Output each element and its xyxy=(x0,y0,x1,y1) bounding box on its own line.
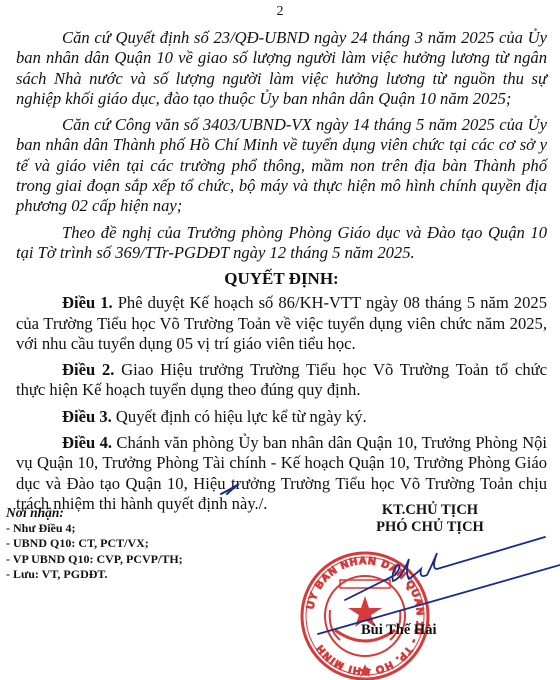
svg-text:UY BAN NHAN DAN QUAN 10 - TP.: UY BAN NHAN DAN QUAN 10 - TP. HO CHI MIN… xyxy=(304,555,426,677)
signature-title-line2: PHÓ CHỦ TỊCH xyxy=(330,519,530,536)
article-1: Điều 1. Phê duyệt Kế hoạch số 86/KH-VTT … xyxy=(16,293,547,354)
preamble-paragraph-2: Căn cứ Công văn số 3403/UBND-VX ngày 14 … xyxy=(16,115,547,216)
recipient-item: - Lưu: VT, PGDĐT. xyxy=(6,567,183,583)
signer-name: Bùi Thế Hải xyxy=(361,622,436,639)
page-number: 2 xyxy=(0,4,560,20)
preamble-paragraph-3: Theo đề nghị của Trưởng phòng Phòng Giáo… xyxy=(16,223,547,264)
stamp-text: UY BAN NHAN DAN QUAN 10 - TP. HO CHI MIN… xyxy=(304,555,426,677)
signature-title-line1: KT.CHỦ TỊCH xyxy=(330,502,530,519)
recipient-item: - Như Điều 4; xyxy=(6,521,183,537)
recipients-title: Nơi nhận: xyxy=(6,505,183,521)
article-label: Điều 1. xyxy=(62,293,113,312)
signature-block: KT.CHỦ TỊCH PHÓ CHỦ TỊCH xyxy=(330,502,530,536)
preamble-paragraph-1: Căn cứ Quyết định số 23/QĐ-UBND ngày 24 … xyxy=(16,28,547,109)
official-stamp-icon: UY BAN NHAN DAN QUAN 10 - TP. HO CHI MIN… xyxy=(302,553,428,679)
article-text: Quyết định có hiệu lực kể từ ngày ký. xyxy=(112,407,367,426)
article-label: Điều 4. xyxy=(62,433,112,452)
article-3: Điều 3. Quyết định có hiệu lực kể từ ngà… xyxy=(16,407,547,427)
article-2: Điều 2. Giao Hiệu trưởng Trường Tiểu học… xyxy=(16,360,547,401)
document-body: Căn cứ Quyết định số 23/QĐ-UBND ngày 24 … xyxy=(16,28,547,520)
recipient-item: - VP UBND Q10: CVP, PCVP/TH; xyxy=(6,552,183,568)
recipient-item: - UBND Q10: CT, PCT/VX; xyxy=(6,536,183,552)
recipients-block: Nơi nhận: - Như Điều 4; - UBND Q10: CT, … xyxy=(6,505,183,583)
decision-heading: QUYẾT ĐỊNH: xyxy=(16,269,547,289)
article-label: Điều 3. xyxy=(62,407,112,426)
article-label: Điều 2. xyxy=(62,360,114,379)
